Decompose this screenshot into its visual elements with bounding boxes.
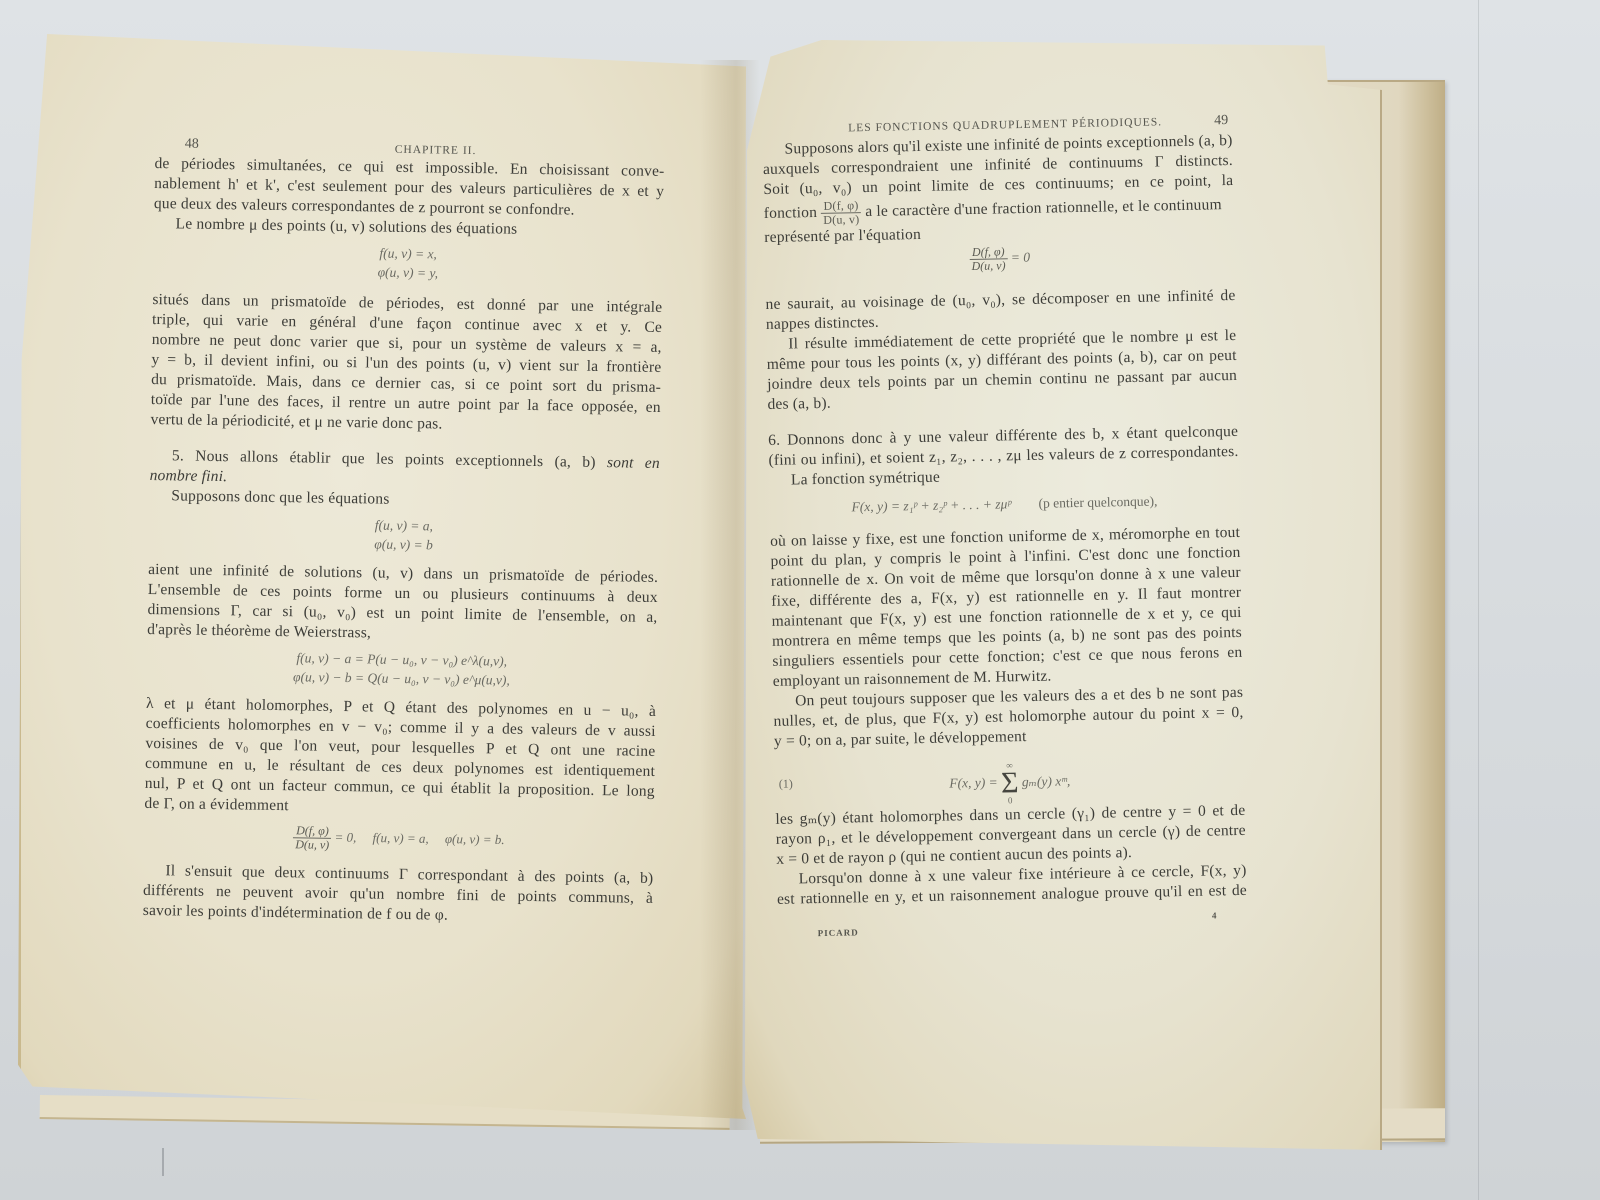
page-number: 49: [1214, 111, 1228, 131]
text-fragment: a le caractère d'une fraction rationnell…: [865, 196, 1222, 220]
table-surface-mark: [1478, 0, 1479, 1200]
page-number: 48: [185, 134, 199, 154]
fraction-denominator: D(u, v): [969, 259, 1007, 273]
fraction-denominator: D(u, v): [821, 213, 861, 227]
signature-number: 4: [1212, 905, 1218, 925]
text-fragment: fonction: [764, 204, 818, 222]
fraction: D(f, φ) D(u, v): [969, 245, 1007, 273]
table-surface-mark: [162, 1148, 164, 1176]
equation-rhs: gₘ(y) xᵐ,: [1022, 773, 1071, 789]
running-head: CHAPITRE II.: [395, 140, 477, 161]
equation-rest: = 0, f(u, v) = a, φ(u, v) = b.: [334, 829, 504, 847]
numbered-equation: (1) F(x, y) = ∞ Σ 0 gₘ(y) xᵐ,: [774, 753, 1245, 802]
sigma-symbol: Σ: [1001, 770, 1019, 796]
left-page-content: 48 CHAPITRE II. de périodes simultanées,…: [143, 134, 665, 929]
equation-formula: F(x, y) = z₁ᵖ + z₂ᵖ + . . . + zμᵖ: [851, 496, 1011, 514]
section-text-italic: sont en: [607, 454, 660, 472]
fraction-denominator: D(u, v): [293, 838, 331, 852]
equation-note: (p entier quelconque),: [1038, 493, 1157, 510]
fraction: D(f, φ) D(u, v): [821, 199, 862, 227]
equation-lhs: F(x, y) =: [949, 775, 998, 791]
equation: F(x, y) = ∞ Σ 0 gₘ(y) xᵐ,: [774, 757, 1245, 810]
fraction: D(f, φ) D(u, v): [293, 824, 331, 852]
right-page-content: LES FONCTIONS QUADRUPLEMENT PÉRIODIQUES.…: [762, 109, 1248, 938]
printer-signature: PICARD: [817, 922, 858, 943]
equation-rest: = 0: [1011, 249, 1031, 264]
